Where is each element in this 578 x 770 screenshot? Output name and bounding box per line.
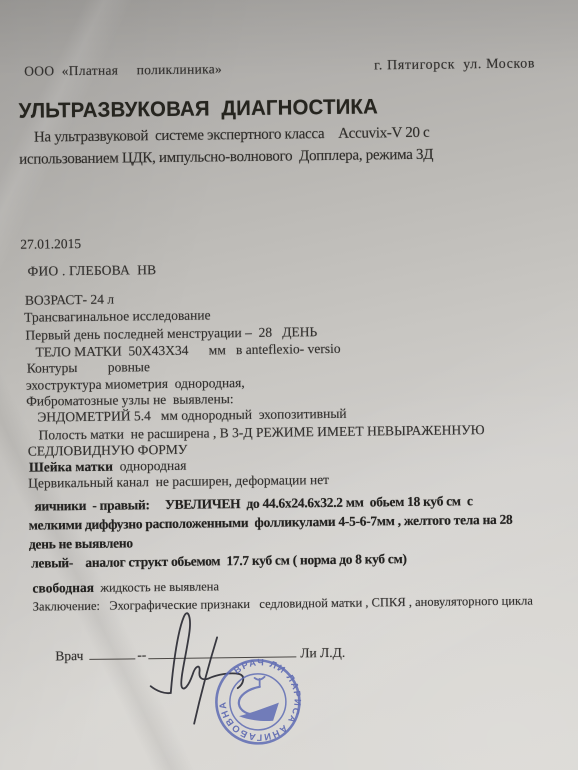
conclusion-line: Заключение: Эхографические признаки седл…	[33, 594, 533, 615]
clinic-address: г. Пятигорск ул. Москов	[374, 56, 535, 73]
stamp-inner-ring	[230, 674, 287, 731]
free-fluid-label: свободная	[32, 580, 94, 596]
cervix-label: Шейка матки	[29, 459, 113, 475]
stamp-outer-ring	[216, 660, 300, 744]
exam-date: 27.01.2015	[20, 236, 81, 252]
svg-text:ВРАЧ ЛИ ЛАРИСА АНИГАБО: ВРАЧ ЛИ ЛАРИСА АНИГАБОВНА	[216, 656, 304, 744]
myometrium: эхоструктура миометрия однородная,	[26, 375, 245, 393]
signature-line-2	[148, 644, 296, 659]
exam-type: Трансвагинальное исследование	[24, 307, 211, 324]
clinic-name: ООО «Платная поликлиника»	[24, 61, 222, 78]
patient-age: ВОЗРАСТ- 24 л	[25, 292, 114, 308]
signature-line-1	[89, 646, 135, 660]
doctor-line: Врач--Ли Л.Д.	[55, 644, 345, 664]
cervical-canal: Цервикальный канал не расширен, деформац…	[28, 472, 329, 491]
right-ovary-line1: яичники - правый: УВЕЛИЧЕН до 44.6х24.6х…	[34, 493, 472, 513]
right-ovary-line3: день не выявлено	[29, 535, 133, 551]
cervix-line: Шейка матки однородная	[29, 458, 187, 475]
uterine-cavity-line2: СЕДЛОВИДНУЮ ФОРМУ	[28, 442, 188, 459]
left-ovary: левый- аналог структ обьемом 17.7 куб см…	[31, 551, 407, 571]
uterine-cavity-line1: Полость матки не расширена , В 3-Д РЕЖИМ…	[39, 422, 485, 442]
right-ovary-line2: мелкими диффузно расположенными фолликул…	[29, 512, 513, 533]
document-sheet: ООО «Платная поликлиника» г. Пятигорск у…	[0, 0, 578, 770]
report-title: УЛЬТРАЗВУКОВАЯ ДИАГНОСТИКА	[19, 99, 379, 118]
stamp-ring-text: ВРАЧ ЛИ ЛАРИСА АНИГАБОВНА	[216, 656, 304, 744]
uterus-body: ТЕЛО МАТКИ 50Х43Х34 мм в anteflexio- ver…	[36, 341, 341, 360]
document-photo: ООО «Платная поликлиника» г. Пятигорск у…	[0, 0, 578, 770]
patient-name: ФИО . ГЛЕБОВА НВ	[28, 262, 157, 279]
system-description-line1: На ультразвуковой системе экспертного кл…	[34, 126, 430, 146]
doctor-stamp: ВРАЧ ЛИ ЛАРИСА АНИГАБОВНА	[202, 646, 313, 757]
conclusion-label: Заключение:	[33, 599, 100, 614]
doctor-label: Врач	[55, 648, 83, 663]
system-description-line2: использованием ЦДК, импульсно-волнового …	[19, 148, 433, 168]
bowl-of-hygieia-icon	[239, 677, 280, 722]
fibroid-nodes: Фиброматозные узлы не выявлены:	[26, 391, 234, 409]
free-fluid-line: свободная жидкость не выявлена	[32, 578, 219, 596]
uterus-contours: Контуры ровные	[27, 359, 150, 376]
doctor-signature	[143, 602, 275, 739]
endometrium: ЭНДОМЕТРИЙ 5.4 мм однородный эхопозитивн…	[37, 406, 346, 425]
signature-dashes: --	[137, 647, 146, 662]
free-fluid-value: жидкость не выявлена	[94, 579, 219, 595]
conclusion-text: Эхографические признаки седловидной матк…	[100, 594, 533, 613]
cervix-value: однородная	[113, 458, 187, 474]
doctor-name: Ли Л.Д.	[300, 645, 345, 661]
cycle-day: Первый день последней менструации – 28 Д…	[25, 324, 317, 343]
